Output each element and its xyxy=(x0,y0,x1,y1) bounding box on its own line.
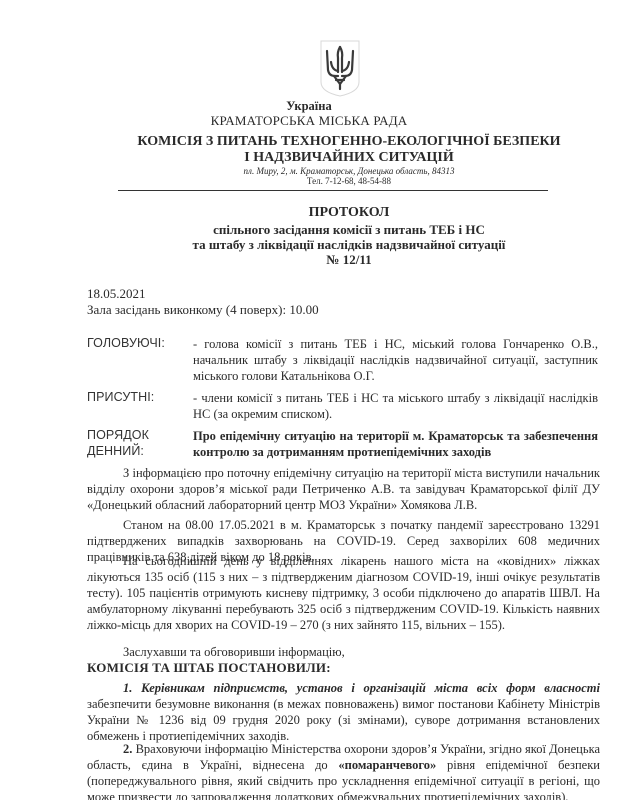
present-label: ПРИСУТНІ: xyxy=(87,390,154,404)
address: пл. Миру, 2, м. Краматорськ, Донецька об… xyxy=(40,166,618,176)
header-divider xyxy=(118,190,548,191)
document-subtitle-line2: та штабу з ліквідації наслідків надзвича… xyxy=(40,237,618,253)
document-subtitle-line1: спільного засідання комісії з питань ТЕБ… xyxy=(40,222,618,238)
meeting-date: 18.05.2021 xyxy=(87,286,146,302)
resolution-item-1-text: забезпечити безумовне виконання (в межах… xyxy=(87,697,600,743)
chair-label: ГОЛОВУЮЧІ: xyxy=(87,336,165,350)
document-title: ПРОТОКОЛ xyxy=(40,205,618,221)
agenda-label-line1: ПОРЯДОК xyxy=(87,428,149,442)
paragraph-speakers: З інформацією про поточну епідемічну сит… xyxy=(87,465,600,513)
resolution-item-1: 1. Керівникам підприємств, установ і орг… xyxy=(87,680,600,744)
paragraph-discussion: Заслухавши та обговоривши інформацію, xyxy=(87,644,600,660)
present-text: - члени комісії з питань ТЕБ і НС та міс… xyxy=(193,390,598,422)
commission-name-line2: І НАДЗВИЧАЙНИХ СИТУАЦІЙ xyxy=(40,150,618,166)
agenda-text: Про епідемічну ситуацію на території м. … xyxy=(193,428,598,460)
chair-text: - голова комісії з питань ТЕБ і НС, місь… xyxy=(193,336,598,384)
paragraph-hospitals: На сьогоднішній день у відділеннях лікар… xyxy=(87,553,600,633)
city-council-name: КРАМАТОРСЬКА МІСЬКА РАДА xyxy=(0,113,618,129)
resolution-item-1-lead: 1. Керівникам підприємств, установ і орг… xyxy=(123,681,600,695)
orange-level-text: «помаранчевого» xyxy=(338,758,436,772)
phone: Тел. 7-12-68, 48-54-88 xyxy=(40,176,618,186)
resolution-item-2: 2. Враховуючи інформацію Міністерства ох… xyxy=(87,741,600,800)
resolution-item-2-number: 2. xyxy=(123,742,132,756)
ukraine-trident-emblem-icon xyxy=(318,38,362,98)
agenda-label-line2: ДЕННИЙ: xyxy=(87,444,144,458)
protocol-document-page: Україна КРАМАТОРСЬКА МІСЬКА РАДА КОМІСІЯ… xyxy=(0,0,618,800)
country-name: Україна xyxy=(0,99,618,114)
commission-name-line1: КОМІСІЯ З ПИТАНЬ ТЕХНОГЕННО-ЕКОЛОГІЧНОЇ … xyxy=(40,134,618,150)
protocol-number: № 12/11 xyxy=(40,252,618,268)
resolution-heading: КОМІСІЯ ТА ШТАБ ПОСТАНОВИЛИ: xyxy=(87,660,331,676)
meeting-place-time: Зала засідань виконкому (4 поверх): 10.0… xyxy=(87,302,319,318)
